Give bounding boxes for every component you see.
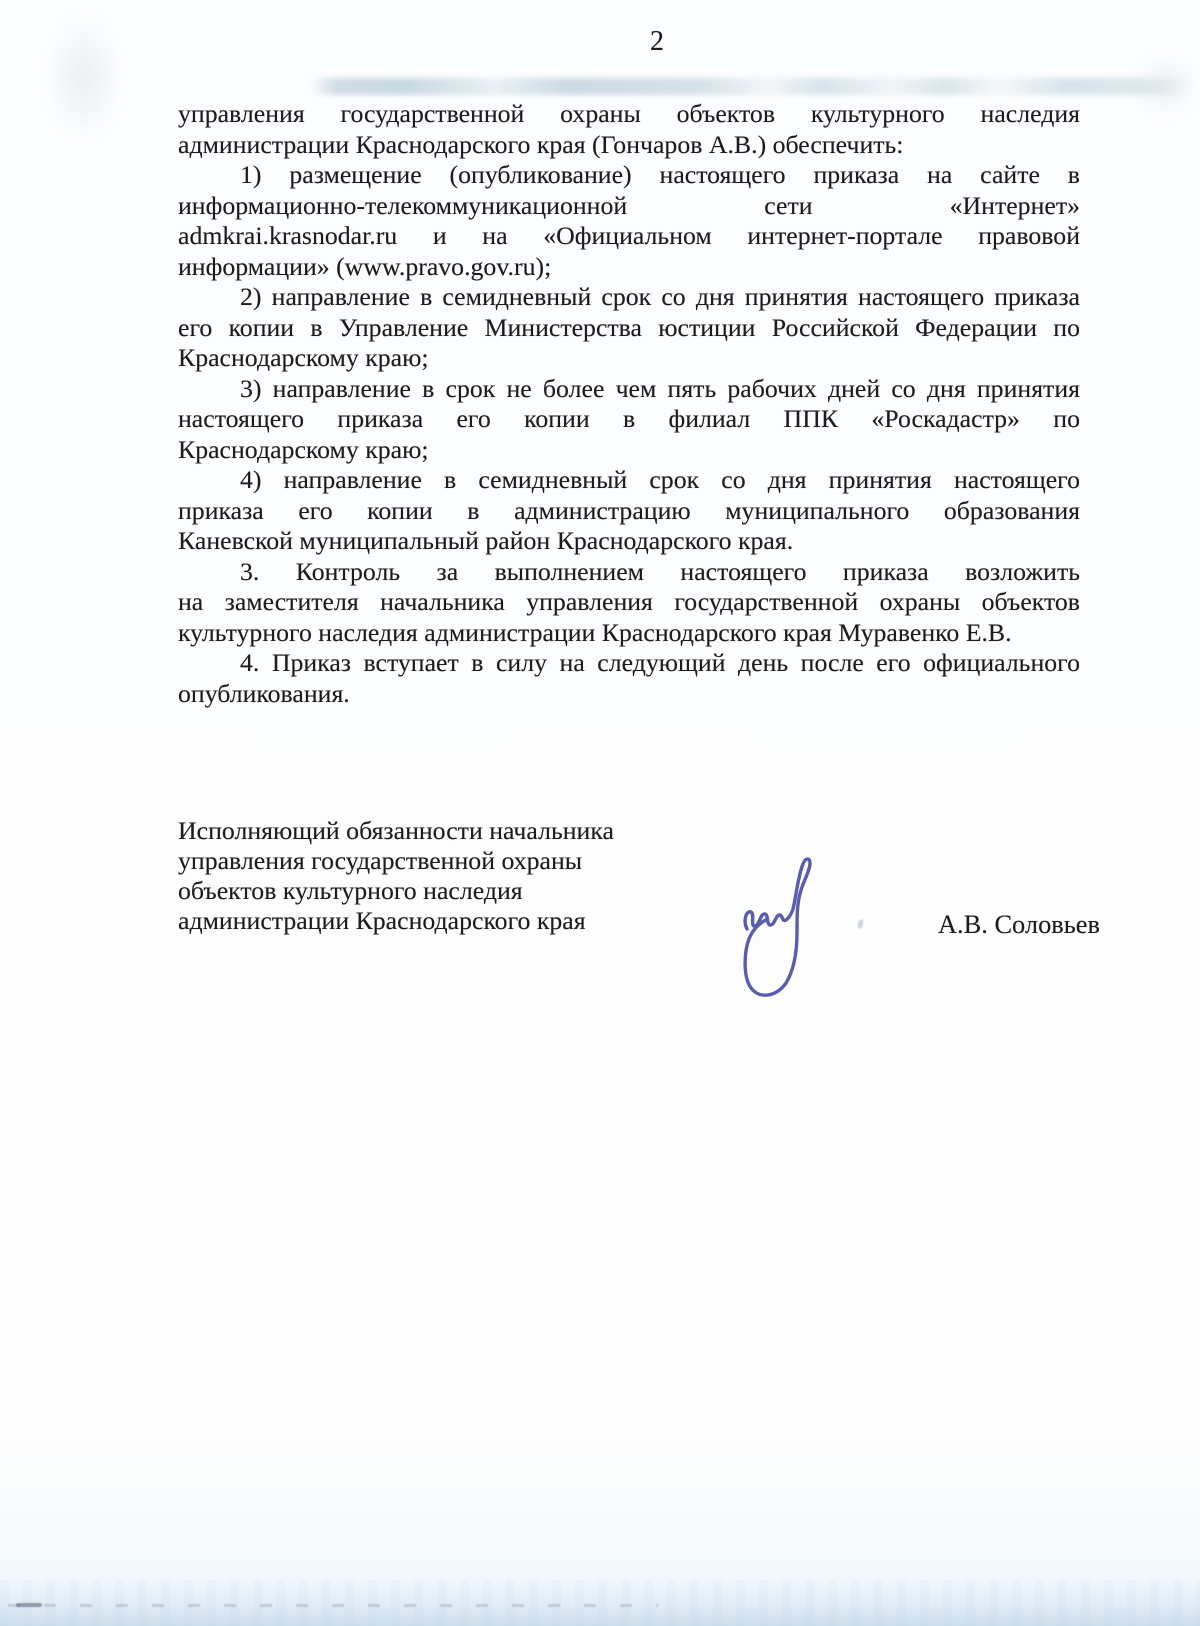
body-line: Каневской муниципальный район Краснодарс…: [178, 526, 1080, 557]
document-body: управления государственной охраны объект…: [178, 99, 1080, 709]
scan-artifact-bottom-band: [0, 1580, 1200, 1626]
body-line: 3) направление в срок не более чем пять …: [178, 374, 1080, 405]
body-line: 2) направление в семидневный срок со дня…: [178, 282, 1080, 313]
body-line: администрации Краснодарского края (Гонча…: [178, 130, 1080, 161]
scan-artifact-bottom-dash: [16, 1603, 42, 1607]
scanned-document-page: 2 управления государственной охраны объе…: [0, 0, 1200, 1626]
handwritten-signature-icon: [680, 800, 880, 1020]
signatory-name: А.В. Соловьев: [938, 909, 1100, 939]
body-line: его копии в Управление Министерства юсти…: [178, 313, 1080, 344]
body-line: информации» (www.pravo.gov.ru);: [178, 252, 1080, 283]
page-number: 2: [157, 26, 1157, 58]
body-line: настоящего приказа его копии в филиал ПП…: [178, 404, 1080, 435]
signatory-position-block: Исполняющий обязанности начальника управ…: [178, 816, 614, 936]
body-line: Краснодарскому краю;: [178, 343, 1080, 374]
signatory-position-line: Исполняющий обязанности начальника: [178, 816, 614, 846]
body-line: Краснодарскому краю;: [178, 435, 1080, 466]
body-line: культурного наследия администрации Красн…: [178, 618, 1080, 649]
body-line: на заместителя начальника управления гос…: [178, 587, 1080, 618]
scan-ghost-text-band: [310, 78, 1192, 95]
signature-stroke: [745, 859, 810, 995]
body-line: опубликования.: [178, 679, 1080, 710]
body-line: управления государственной охраны объект…: [178, 99, 1080, 130]
body-line: информационно-телекоммуникационной сети …: [178, 191, 1080, 222]
signatory-position-line: объектов культурного наследия: [178, 876, 614, 906]
signatory-position-line: администрации Краснодарского края: [178, 906, 614, 936]
body-line: 1) размещение (опубликование) настоящего…: [178, 160, 1080, 191]
body-line: 3. Контроль за выполнением настоящего пр…: [178, 557, 1080, 588]
signatory-position-line: управления государственной охраны: [178, 846, 614, 876]
body-line: 4) направление в семидневный срок со дня…: [178, 465, 1080, 496]
body-line: admkrai.krasnodar.ru и на «Официальном и…: [178, 221, 1080, 252]
scan-smudge-top-left: [44, 12, 124, 142]
body-line: 4. Приказ вступает в силу на следующий д…: [178, 648, 1080, 679]
body-line: приказа его копии в администрацию муници…: [178, 496, 1080, 527]
scan-artifact-bottom-dashes: [8, 1604, 658, 1607]
